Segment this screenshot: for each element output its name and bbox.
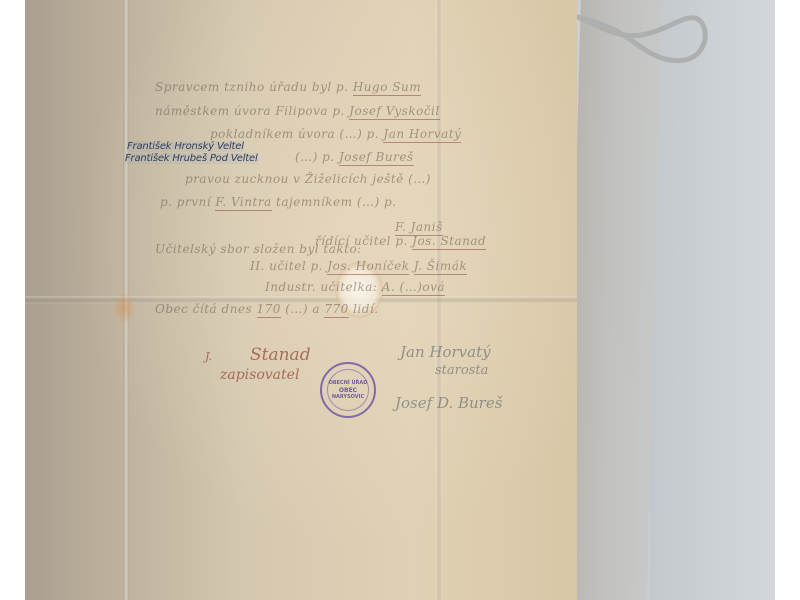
text-line-2: náměstkem úvora Filipova p. Josef Vyskoč… [155, 104, 440, 118]
text-line-11: Industr. učitelka: A. (…)ová [265, 280, 445, 294]
text-line-1: Spravcem tzniho úřadu byl p. Hugo Sum [155, 80, 421, 94]
document-page: Spravcem tzniho úřadu byl p. Hugo Sum ná… [25, 0, 577, 600]
margin-note-line-2: František Hrubeš Pod Veltel [125, 153, 258, 164]
text-line-9: řídící učitel p. Jos. Stanad [315, 234, 486, 248]
stain [113, 293, 135, 323]
grey-board [565, 0, 663, 600]
margin-note-line-1: František Hronský Veltel [127, 141, 244, 152]
official-stamp: OBECNÍ ÚŘAD OBEC NARYSOVIC [320, 362, 376, 418]
text-line-5: pravou zucknou v Žiželicích ještě (…) [185, 172, 431, 186]
signature-mayor-title: starosta [435, 363, 488, 378]
signature-mayor: Jan Horvatý [400, 343, 491, 361]
text-line-3: pokladníkem úvora (…) p. Jan Horvatý [210, 127, 461, 141]
text-line-7: F. Janiš [395, 220, 443, 234]
text-line-4: (…) p. Josef Bureš [295, 150, 414, 164]
background-wall [650, 0, 775, 600]
text-line-6: p. první F. Vintra tajemníkem (…) p. [160, 195, 397, 209]
text-line-12: Obec čítá dnes 170 (…) a 770 lidí. [155, 302, 379, 316]
text-line-10: II. učitel p. Jos. Honíček J. Šimák [250, 259, 467, 273]
signature-recorder: Stanad [250, 345, 311, 365]
signature-prefix: J. [205, 350, 212, 363]
signature-second: Josef D. Bureš [395, 394, 502, 412]
document-photo: Spravcem tzniho úřadu byl p. Hugo Sum ná… [25, 0, 775, 600]
signature-recorder-title: zapisovatel [220, 367, 299, 383]
